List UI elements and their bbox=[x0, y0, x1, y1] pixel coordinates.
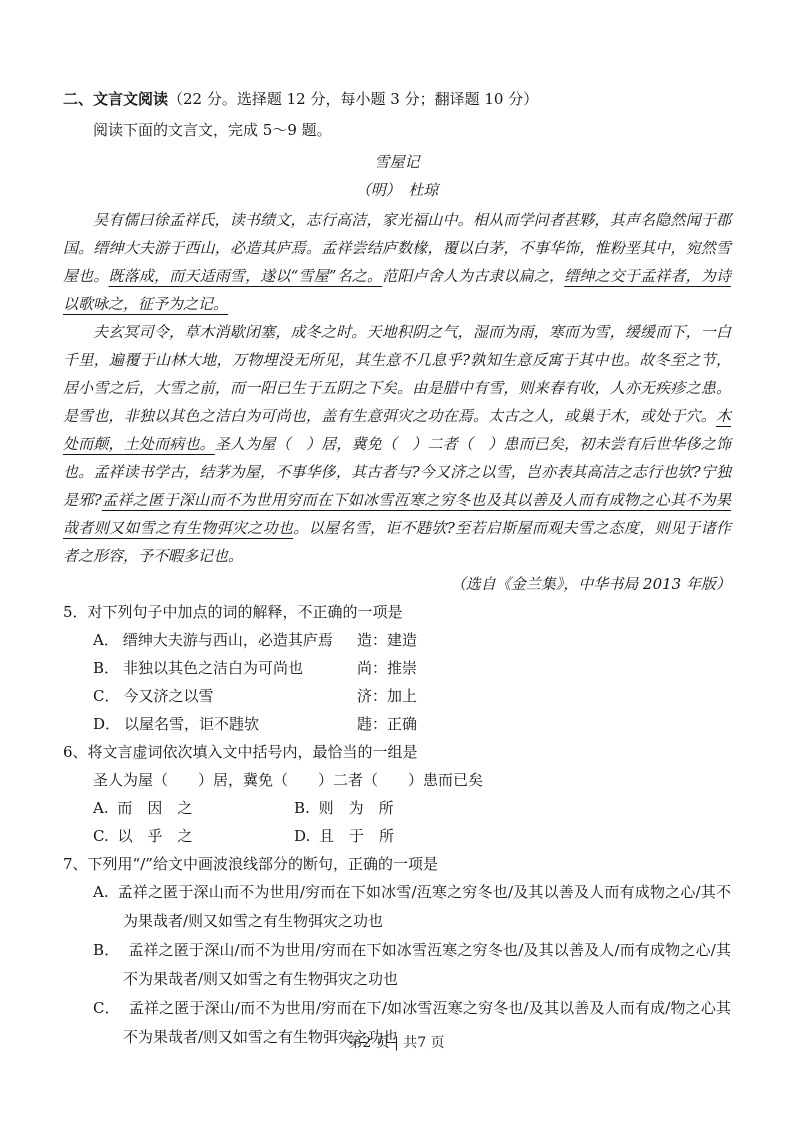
question-7-options: A. 孟祥之匿于深山而不为世用/穷而在下如冰雪/沍寒之穷冬也/及其以善及人而有成… bbox=[63, 878, 731, 1052]
option-sentence: 缙绅大夫游与西山，必造其庐焉 bbox=[123, 631, 333, 649]
passage-paragraph-1: 吴有儒曰徐孟祥氏，读书绩文，志行高洁，家光福山中。相从而学问者甚夥，其声名隐然闻… bbox=[63, 206, 731, 318]
option-words: 则 为 所 bbox=[319, 799, 394, 817]
page-number-footer: 第2 页 | 共7 页 bbox=[0, 1032, 793, 1052]
section-heading: 二、文言文阅读（22 分。选择题 12 分，每小题 3 分；翻译题 10 分） bbox=[63, 86, 731, 112]
q7-option-A: A. 孟祥之匿于深山而不为世用/穷而在下如冰雪/沍寒之穷冬也/及其以善及人而有成… bbox=[93, 878, 731, 936]
question-5-number: 5． bbox=[63, 603, 88, 621]
section-title: 二、文言文阅读 bbox=[63, 90, 168, 108]
option-gloss: 济：加上 bbox=[357, 682, 417, 710]
question-7-stem: 7、下列用“/”给文中画波浪线部分的断句，正确的一项是 bbox=[63, 850, 731, 878]
q6-option-C: C. 以 乎 之 bbox=[93, 822, 294, 850]
question-6-context: 圣人为屋（ ）居，冀免（ ）二者（ ）患而已矣 bbox=[63, 766, 731, 794]
passage-paragraph-2: 夫玄冥司令，草木消歇闭塞，成冬之时。天地积阴之气，湿而为雨，寒而为雪，缓缓而下，… bbox=[63, 318, 731, 570]
option-label: B. bbox=[294, 799, 315, 817]
option-words: 且 于 所 bbox=[319, 827, 394, 845]
option-label: A. bbox=[93, 883, 114, 901]
passage-segment: 夫玄冥司令，草木消歇闭塞，成冬之时。天地积阴之气，湿而为雨，寒而为雪，缓缓而下，… bbox=[63, 323, 731, 425]
question-5-options: A．缙绅大夫游与西山，必造其庐焉造：建造B．非独以其色之洁白为可尚也尚：推崇C．… bbox=[63, 626, 731, 738]
q5-option-A: A．缙绅大夫游与西山，必造其庐焉造：建造 bbox=[63, 626, 731, 654]
q7-option-B: B． 孟祥之匿于深山/而不为世用/穷而在下如冰雪沍寒之穷冬也/及其以善及人/而有… bbox=[93, 936, 731, 994]
question-7: 7、下列用“/”给文中画波浪线部分的断句，正确的一项是 A. 孟祥之匿于深山而不… bbox=[63, 850, 731, 1052]
underlined-segment: 既落成，而天适雨雪，遂以“雪屋”名之。 bbox=[109, 267, 383, 285]
q6-option-A: A. 而 因 之 bbox=[93, 794, 294, 822]
passage-source: （选自《金兰集》，中华书局 2013 年版） bbox=[63, 570, 731, 598]
option-sentence: 非独以其色之洁白为可尚也 bbox=[123, 659, 303, 677]
page-content: 二、文言文阅读（22 分。选择题 12 分，每小题 3 分；翻译题 10 分） … bbox=[63, 86, 731, 1052]
question-5-text: 对下列句子中加点的词的解释，不正确的一项是 bbox=[88, 603, 403, 621]
question-6-options: A. 而 因 之B. 则 为 所C. 以 乎 之D. 且 于 所 bbox=[63, 794, 731, 850]
passage-paragraphs: 吴有儒曰徐孟祥氏，读书绩文，志行高洁，家光福山中。相从而学问者甚夥，其声名隐然闻… bbox=[63, 206, 731, 570]
q5-option-B: B．非独以其色之洁白为可尚也尚：推崇 bbox=[63, 654, 731, 682]
option-label: C． bbox=[93, 999, 125, 1017]
question-6-text: 将文言虚词依次填入文中括号内，最恰当的一组是 bbox=[88, 743, 418, 761]
q5-option-C: C．今又济之以雪济：加上 bbox=[63, 682, 731, 710]
option-label: B． bbox=[93, 659, 119, 677]
option-sentence: 以屋名雪，讵不韪欤 bbox=[124, 715, 259, 733]
option-sentence: 孟祥之匿于深山而不为世用/穷而在下如冰雪/沍寒之穷冬也/及其以善及人而有成物之心… bbox=[118, 883, 731, 930]
option-label: A． bbox=[93, 631, 119, 649]
exam-page: 二、文言文阅读（22 分。选择题 12 分，每小题 3 分；翻译题 10 分） … bbox=[0, 0, 793, 1122]
option-label: B． bbox=[93, 941, 124, 959]
option-words: 以 乎 之 bbox=[117, 827, 192, 845]
option-label: D. bbox=[294, 827, 315, 845]
option-sentence: 孟祥之匿于深山/而不为世用/穷而在下如冰雪沍寒之穷冬也/及其以善及人/而有成物之… bbox=[123, 941, 731, 988]
option-label: C． bbox=[93, 687, 119, 705]
option-label: A. bbox=[93, 799, 113, 817]
question-7-number: 7、 bbox=[63, 855, 88, 873]
question-6-number: 6、 bbox=[63, 743, 88, 761]
passage-author: （明） 杜琼 bbox=[63, 176, 731, 204]
q6-option-B: B. 则 为 所 bbox=[294, 794, 731, 822]
passage-title: 雪屋记 bbox=[63, 148, 731, 176]
question-7-text: 下列用“/”给文中画波浪线部分的断句，正确的一项是 bbox=[88, 855, 438, 873]
option-words: 而 因 之 bbox=[117, 799, 192, 817]
section-score-note: （22 分。选择题 12 分，每小题 3 分；翻译题 10 分） bbox=[168, 90, 538, 108]
question-6-stem: 6、将文言虚词依次填入文中括号内，最恰当的一组是 bbox=[63, 738, 731, 766]
question-5: 5．对下列句子中加点的词的解释，不正确的一项是 A．缙绅大夫游与西山，必造其庐焉… bbox=[63, 598, 731, 738]
reading-instruction: 阅读下面的文言文，完成 5～9 题。 bbox=[63, 116, 731, 144]
question-6: 6、将文言虚词依次填入文中括号内，最恰当的一组是 圣人为屋（ ）居，冀免（ ）二… bbox=[63, 738, 731, 850]
option-gloss: 尚：推崇 bbox=[357, 654, 417, 682]
q5-option-D: D．以屋名雪，讵不韪欤韪：正确 bbox=[63, 710, 731, 738]
option-label: D． bbox=[93, 715, 120, 733]
option-gloss: 韪：正确 bbox=[357, 710, 417, 738]
option-gloss: 造：建造 bbox=[357, 626, 417, 654]
option-sentence: 今又济之以雪 bbox=[123, 687, 213, 705]
question-5-stem: 5．对下列句子中加点的词的解释，不正确的一项是 bbox=[63, 598, 731, 626]
classical-passage: 雪屋记 （明） 杜琼 吴有儒曰徐孟祥氏，读书绩文，志行高洁，家光福山中。相从而学… bbox=[63, 148, 731, 598]
q6-option-D: D. 且 于 所 bbox=[294, 822, 731, 850]
option-label: C. bbox=[93, 827, 113, 845]
passage-segment: 范阳卢舍人为古隶以扁之， bbox=[382, 267, 564, 285]
